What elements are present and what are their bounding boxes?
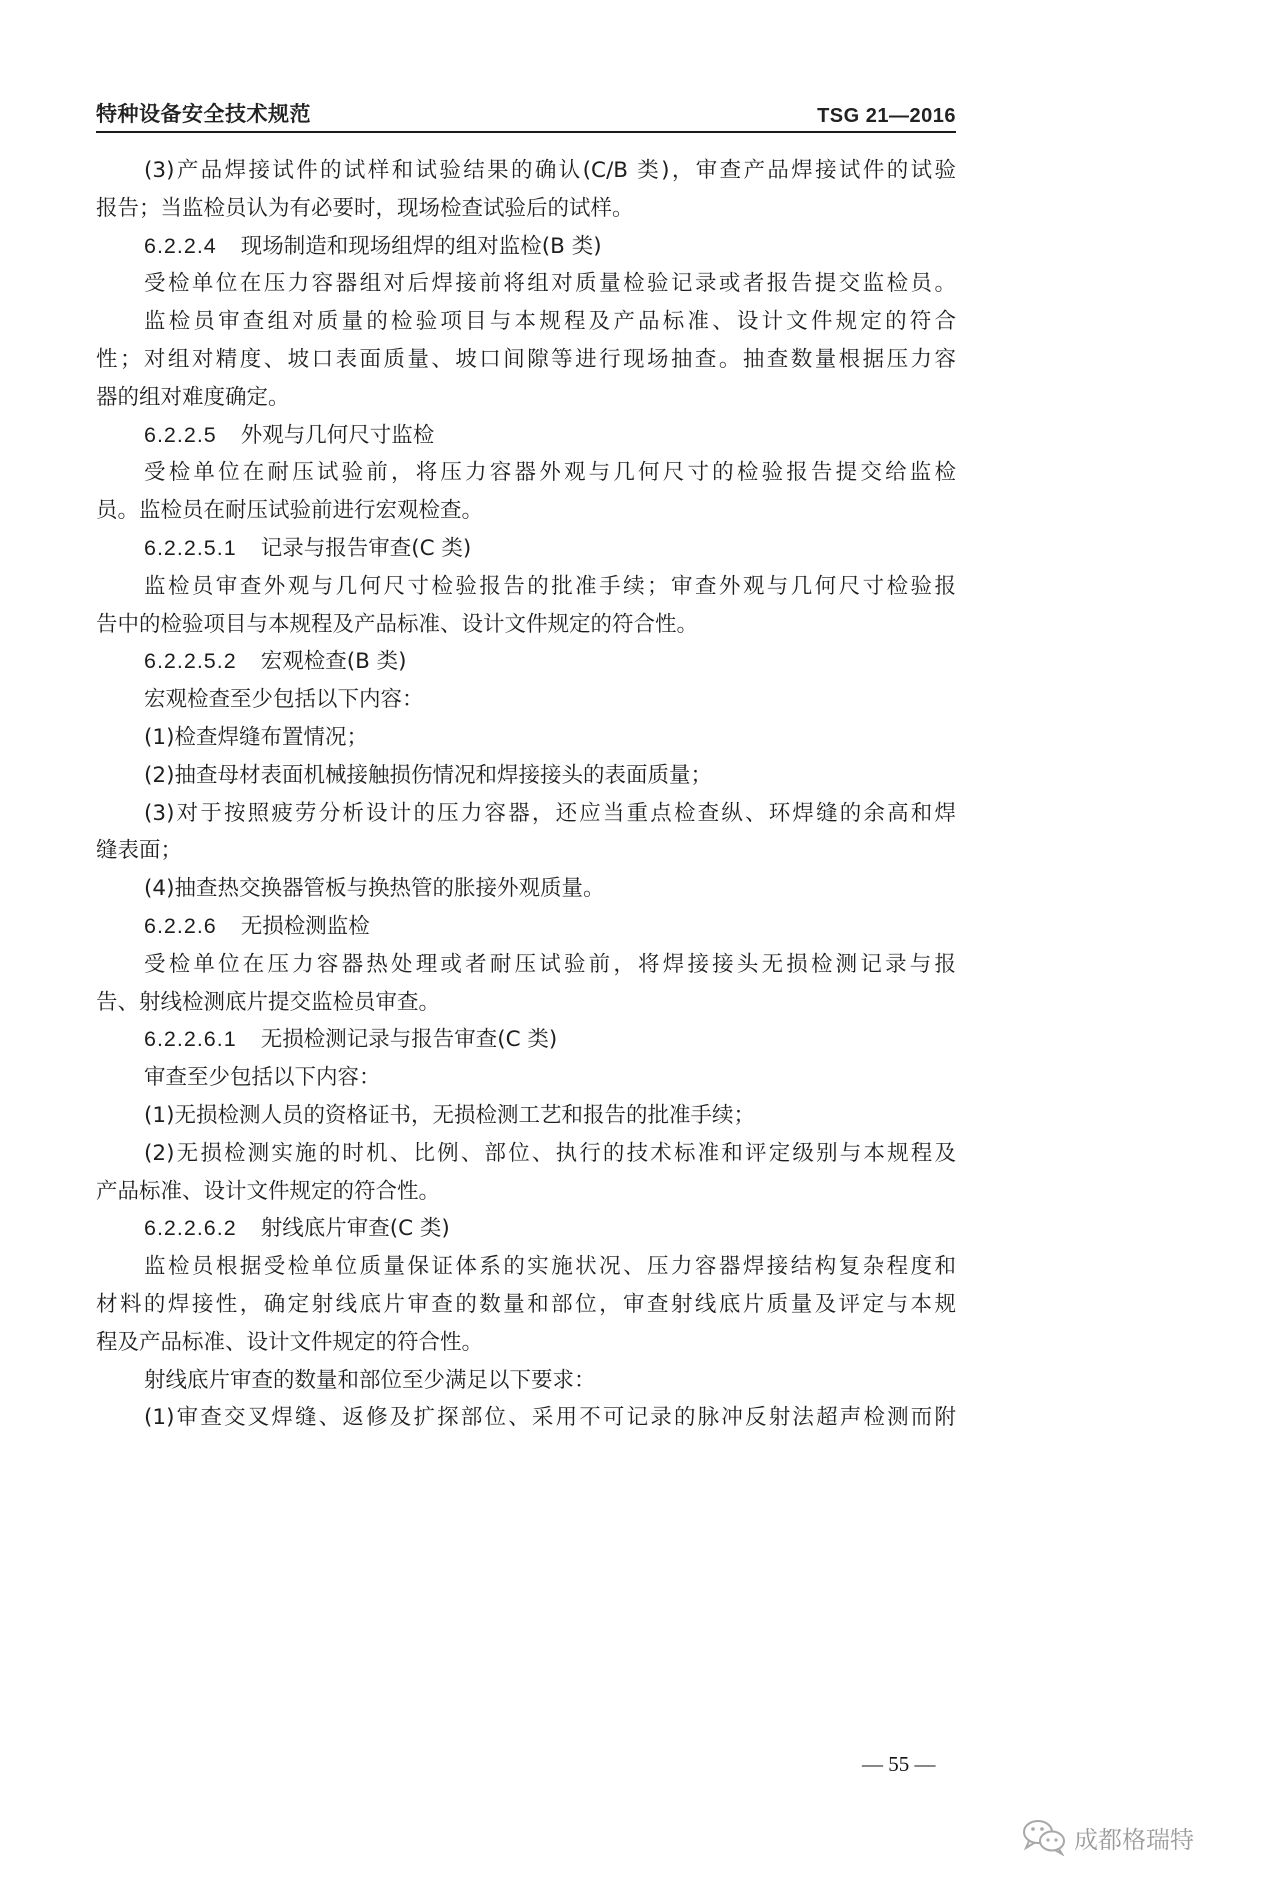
header-title: 特种设备安全技术规范 — [96, 98, 311, 128]
page-number: — 55 — — [862, 1752, 936, 1777]
body-line: 射线底片审查的数量和部位至少满足以下要求： — [96, 1362, 956, 1400]
running-header: 特种设备安全技术规范 TSG 21—2016 — [96, 96, 956, 128]
body-line: 告、射线检测底片提交监检员审查。 — [96, 984, 956, 1022]
body-line: 受检单位在压力容器组对后焊接前将组对质量检验记录或者报告提交监检员。 — [96, 265, 956, 303]
watermark-text: 成都格瑞特 — [1074, 1820, 1194, 1855]
section-number: 6.2.2.6 — [144, 914, 217, 938]
body-line: 报告；当监检员认为有必要时，现场检查试验后的试样。 — [96, 190, 956, 228]
section-number: 6.2.2.6.1 — [144, 1027, 237, 1051]
body-line: (1)无损检测人员的资格证书，无损检测工艺和报告的批准手续； — [96, 1097, 956, 1135]
body-line: (1)检查焊缝布置情况； — [96, 719, 956, 757]
section-heading: 6.2.2.5外观与几何尺寸监检 — [96, 417, 956, 455]
section-heading: 6.2.2.4现场制造和现场组焊的组对监检(B 类) — [96, 228, 956, 266]
body-line: 宏观检查至少包括以下内容： — [96, 681, 956, 719]
section-number: 6.2.2.6.2 — [144, 1216, 237, 1240]
body-line: 器的组对难度确定。 — [96, 379, 956, 417]
document-body: (3)产品焊接试件的试样和试验结果的确认(C/B 类)，审查产品焊接试件的试验报… — [96, 152, 956, 1437]
body-line: 审查至少包括以下内容： — [96, 1059, 956, 1097]
body-line: 缝表面； — [96, 832, 956, 870]
watermark: 成都格瑞特 — [1022, 1818, 1194, 1856]
section-title: 无损检测记录与报告审查(C 类) — [261, 1027, 558, 1052]
body-line: 性；对组对精度、坡口表面质量、坡口间隙等进行现场抽查。抽查数量根据压力容 — [96, 341, 956, 379]
section-number: 6.2.2.5 — [144, 423, 217, 447]
body-line: (2)抽查母材表面机械接触损伤情况和焊接接头的表面质量； — [96, 757, 956, 795]
body-line: (3)产品焊接试件的试样和试验结果的确认(C/B 类)，审查产品焊接试件的试验 — [96, 152, 956, 190]
body-line: 受检单位在耐压试验前，将压力容器外观与几何尺寸的检验报告提交给监检 — [96, 454, 956, 492]
section-title: 外观与几何尺寸监检 — [241, 423, 435, 448]
body-line: 材料的焊接性，确定射线底片审查的数量和部位，审查射线底片质量及评定与本规 — [96, 1286, 956, 1324]
body-line: (3)对于按照疲劳分析设计的压力容器，还应当重点检查纵、环焊缝的余高和焊 — [96, 795, 956, 833]
section-title: 宏观检查(B 类) — [261, 649, 407, 674]
standard-code: TSG 21—2016 — [817, 105, 956, 128]
section-heading: 6.2.2.6.1无损检测记录与报告审查(C 类) — [96, 1021, 956, 1059]
header-rule — [96, 131, 956, 133]
body-line: 受检单位在压力容器热处理或者耐压试验前，将焊接接头无损检测记录与报 — [96, 946, 956, 984]
body-line: 监检员根据受检单位质量保证体系的实施状况、压力容器焊接结构复杂程度和 — [96, 1248, 956, 1286]
body-line: (1)审查交叉焊缝、返修及扩探部位、采用不可记录的脉冲反射法超声检测而附 — [96, 1399, 956, 1437]
body-line: 监检员审查组对质量的检验项目与本规程及产品标准、设计文件规定的符合 — [96, 303, 956, 341]
section-number: 6.2.2.5.1 — [144, 536, 237, 560]
section-title: 无损检测监检 — [241, 914, 370, 939]
section-title: 现场制造和现场组焊的组对监检(B 类) — [241, 234, 602, 259]
body-line: 产品标准、设计文件规定的符合性。 — [96, 1173, 956, 1211]
section-number: 6.2.2.4 — [144, 234, 217, 258]
body-line: 监检员审查外观与几何尺寸检验报告的批准手续；审查外观与几何尺寸检验报 — [96, 568, 956, 606]
section-title: 记录与报告审查(C 类) — [261, 536, 472, 561]
section-number: 6.2.2.5.2 — [144, 649, 237, 673]
body-line: 员。监检员在耐压试验前进行宏观检查。 — [96, 492, 956, 530]
section-title: 射线底片审查(C 类) — [261, 1216, 450, 1241]
body-line: (4)抽查热交换器管板与换热管的胀接外观质量。 — [96, 870, 956, 908]
body-line: 告中的检验项目与本规程及产品标准、设计文件规定的符合性。 — [96, 606, 956, 644]
section-heading: 6.2.2.5.1记录与报告审查(C 类) — [96, 530, 956, 568]
body-line: 程及产品标准、设计文件规定的符合性。 — [96, 1324, 956, 1362]
section-heading: 6.2.2.6无损检测监检 — [96, 908, 956, 946]
body-line: (2)无损检测实施的时机、比例、部位、执行的技术标准和评定级别与本规程及 — [96, 1135, 956, 1173]
wechat-icon — [1022, 1818, 1068, 1856]
section-heading: 6.2.2.5.2宏观检查(B 类) — [96, 643, 956, 681]
section-heading: 6.2.2.6.2射线底片审查(C 类) — [96, 1210, 956, 1248]
